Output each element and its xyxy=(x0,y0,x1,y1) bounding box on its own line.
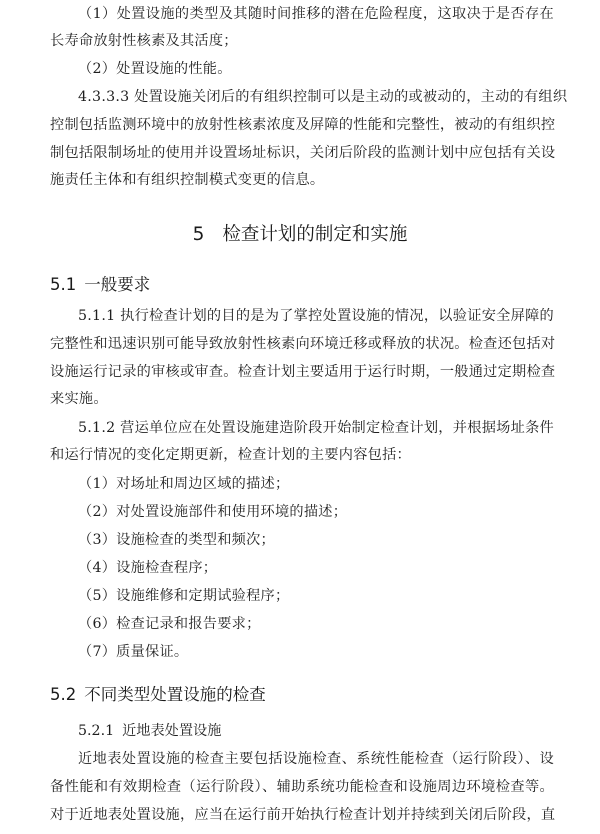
subsection-title: 近地表处置设施 xyxy=(122,723,221,739)
paragraph-521-line: 备性能和有效期检查（运行阶段）、辅助系统功能检查和设施周边环境检查等。 xyxy=(50,777,554,797)
subsection-number: 5.2.1 xyxy=(78,723,114,739)
section-heading-5-1: 5.1一般要求 xyxy=(50,273,150,297)
list-item: （7）质量保证。 xyxy=(78,642,554,662)
paragraph-521-line: 对于近地表处置设施，应当在运行前开始执行检查计划并持续到关闭后阶段，直 xyxy=(50,805,554,825)
section-number: 5.2 xyxy=(50,685,76,704)
chapter-title: 检查计划的制定和实施 xyxy=(222,224,407,245)
list-item: （1）对场址和周边区域的描述； xyxy=(78,474,554,494)
list-item: （6）检查记录和报告要求； xyxy=(78,614,554,634)
document-page: （1）处置设施的类型及其随时间推移的潜在危险程度，这取决于是否存在 长寿命放射性… xyxy=(0,0,600,834)
paragraph-line: 长寿命放射性核素及其活度； xyxy=(50,31,554,51)
list-item: （3）设施检查的类型和频次； xyxy=(78,530,554,550)
paragraph-512-line: 5.1.2 营运单位应在处置设施建造阶段开始制定检查计划，并根据场址条件 xyxy=(78,418,554,438)
section-title: 一般要求 xyxy=(84,275,150,294)
list-item-facility-performance: （2）处置设施的性能。 xyxy=(78,59,554,79)
chapter-heading: 5检查计划的制定和实施 xyxy=(0,222,600,248)
list-item: （2）对处置设施部件和使用环境的描述； xyxy=(78,502,554,522)
chapter-number: 5 xyxy=(193,224,205,245)
paragraph-4333-line: 4.3.3.3 处置设施关闭后的有组织控制可以是主动的或被动的，主动的有组织 xyxy=(78,87,554,107)
subsection-heading-5-2-1: 5.2.1近地表处置设施 xyxy=(78,721,221,741)
paragraph-511-line: 完整性和迅速识别可能导致放射性核素向环境迁移或释放的状况。检查还包括对 xyxy=(50,334,554,354)
paragraph-511-line: 设施运行记录的审核或审查。检查计划主要适用于运行时期，一般通过定期检查 xyxy=(50,362,554,382)
paragraph-511-line: 5.1.1 执行检查计划的目的是为了掌控处置设施的情况，以验证安全屏障的 xyxy=(78,306,554,326)
section-title: 不同类型处置设施的检查 xyxy=(84,685,266,704)
list-item: （4）设施检查程序； xyxy=(78,558,554,578)
paragraph-4333-line: 施责任主体和有组织控制模式变更的信息。 xyxy=(50,170,554,190)
paragraph-511-line: 来实施。 xyxy=(50,389,554,409)
paragraph-4333-line: 控制包括监测环境中的放射性核素浓度及屏障的性能和完整性，被动的有组织控 xyxy=(50,115,554,135)
section-heading-5-2: 5.2不同类型处置设施的检查 xyxy=(50,683,266,707)
paragraph-4333-line: 制包括限制场址的使用并设置场址标识，关闭后阶段的监测计划中应包括有关设 xyxy=(50,143,554,163)
section-number: 5.1 xyxy=(50,275,76,294)
list-item: （5）设施维修和定期试验程序； xyxy=(78,586,554,606)
paragraph-521-line: 近地表处置设施的检查主要包括设施检查、系统性能检查（运行阶段）、设 xyxy=(78,749,554,769)
paragraph-512-line: 和运行情况的变化定期更新，检查计划的主要内容包括： xyxy=(50,445,554,465)
list-item-hazard-level: （1）处置设施的类型及其随时间推移的潜在危险程度，这取决于是否存在 xyxy=(78,4,554,24)
